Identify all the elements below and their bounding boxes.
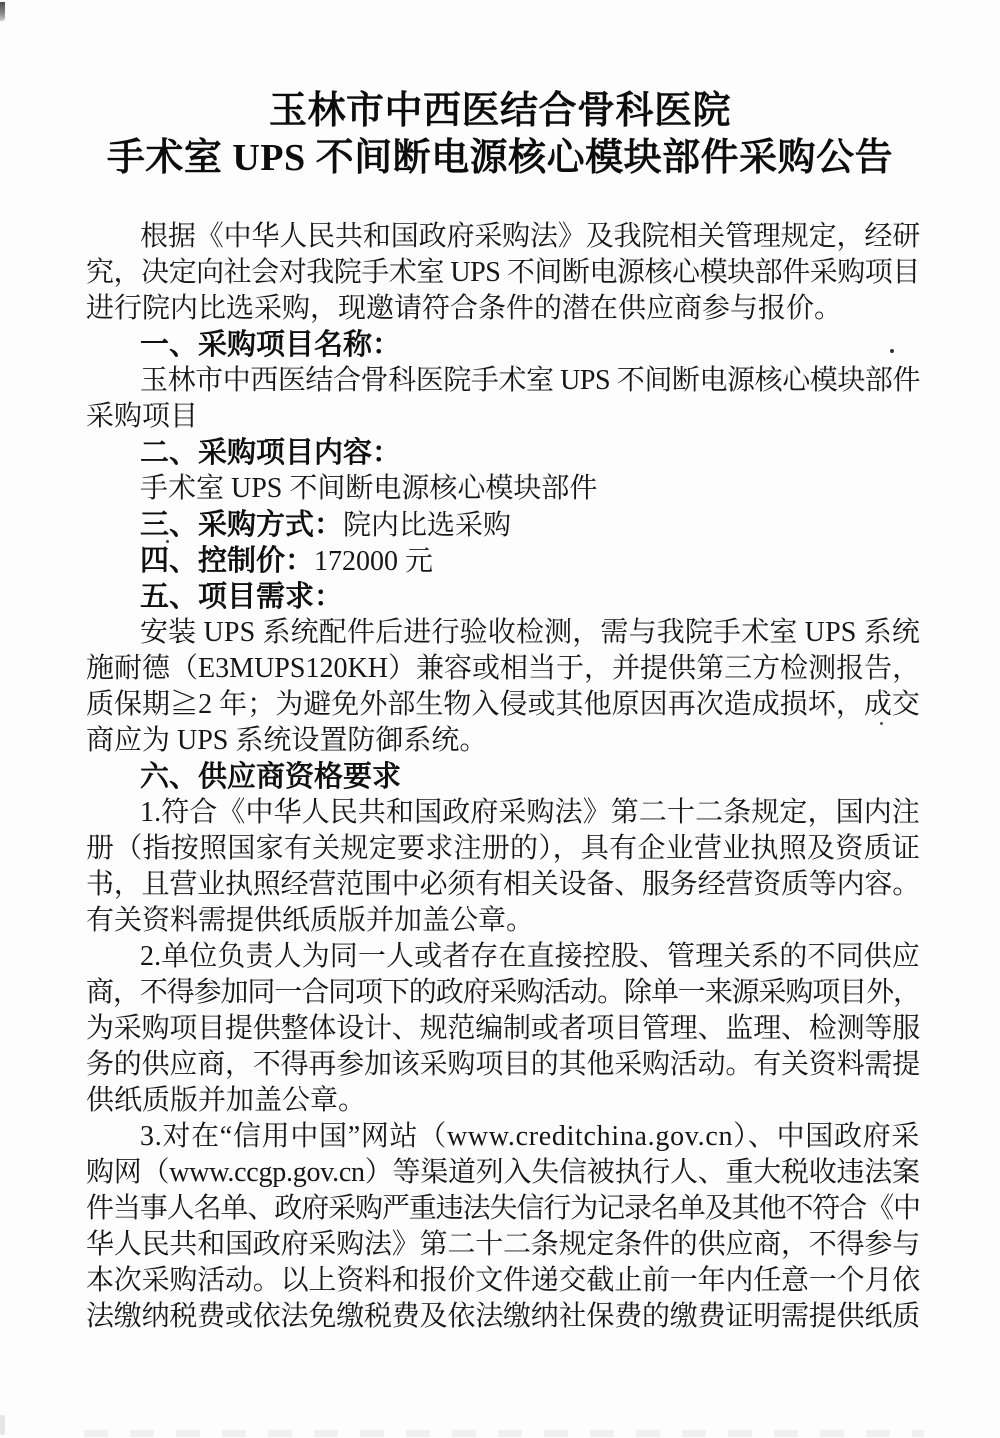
document-line: 施耐德（E3MUPS120KH）兼容或相当于，并提供第三方检测报告， xyxy=(86,651,920,687)
document-line: 有关资料需提供纸质版并加盖公章。 xyxy=(86,903,920,939)
document-line: 根据《中华人民共和国政府采购法》及我院相关管理规定，经研 xyxy=(86,219,920,255)
body-text: 质保期≧2 年；为避免外部生物入侵或其他原因再次造成损坏，成交 xyxy=(86,689,920,720)
document-line: 安装 UPS 系统配件后进行验收检测，需与我院手术室 UPS 系统 xyxy=(86,615,920,651)
document-line: 三、采购方式：院内比选采购 xyxy=(86,507,920,543)
section-heading-text: 一、采购项目名称： xyxy=(140,329,401,361)
body-text: 3.对在“信用中国”网站（www.creditchina.gov.cn）、中国政… xyxy=(140,1121,920,1152)
body-text: 安装 UPS 系统配件后进行验收检测，需与我院手术室 UPS 系统 xyxy=(140,617,920,648)
document-line: 务的供应商，不得再参加该采购项目的其他采购活动。有关资料需提 xyxy=(86,1047,920,1083)
body-text: 1.符合《中华人民共和国政府采购法》第二十二条规定，国内注 xyxy=(140,797,920,828)
title-line-1: 玉林市中西医结合骨科医院 xyxy=(0,88,1000,135)
body-text: 究，决定向社会对我院手术室 UPS 不间断电源核心模块部件采购项目 xyxy=(86,257,920,288)
body-text: 手术室 UPS 不间断电源核心模块部件 xyxy=(140,473,597,504)
body-text: 件当事人名单、政府采购严重违法失信行为记录名单及其他不符合《中 xyxy=(86,1193,920,1224)
document-line: 购网（www.ccgp.gov.cn）等渠道列入失信被执行人、重大税收违法案 xyxy=(86,1155,920,1191)
section-heading-text: 五、项目需求： xyxy=(140,581,343,613)
document-line: 四、控制价：172000 元 xyxy=(86,543,920,579)
body-text: 购网（www.ccgp.gov.cn）等渠道列入失信被执行人、重大税收违法案 xyxy=(86,1157,920,1188)
scan-artifact-bottom-left-corner xyxy=(0,1415,5,1435)
document-line: 质保期≧2 年；为避免外部生物入侵或其他原因再次造成损坏，成交 xyxy=(86,687,920,723)
document-line: 书，且营业执照经营范围中必须有相关设备、服务经营资质等内容。 xyxy=(86,867,920,903)
body-text: 采购项目 xyxy=(86,401,198,432)
document-line: 二、采购项目内容： xyxy=(86,435,920,471)
body-text: 法缴纳税费或依法免缴税费及依法缴纳社保费的缴费证明需提供纸质 xyxy=(86,1301,920,1332)
document-line: 究，决定向社会对我院手术室 UPS 不间断电源核心模块部件采购项目 xyxy=(86,255,920,291)
body-text: 册（指按照国家有关规定要求注册的），具有企业营业执照及资质证 xyxy=(86,833,920,864)
document-line: 3.对在“信用中国”网站（www.creditchina.gov.cn）、中国政… xyxy=(86,1119,920,1155)
document-body: 根据《中华人民共和国政府采购法》及我院相关管理规定，经研究，决定向社会对我院手术… xyxy=(86,219,920,1335)
body-text: 书，且营业执照经营范围中必须有相关设备、服务经营资质等内容。 xyxy=(86,869,920,900)
document-line: 商应为 UPS 系统设置防御系统。 xyxy=(86,723,920,759)
document-line: 为采购项目提供整体设计、规范编制或者项目管理、监理、检测等服 xyxy=(86,1011,920,1047)
document-line: 一、采购项目名称： xyxy=(86,327,920,363)
body-text: 供纸质版并加盖公章。 xyxy=(86,1085,366,1116)
body-text: 进行院内比选采购，现邀请符合条件的潜在供应商参与报价。 xyxy=(86,293,842,324)
body-text: 为采购项目提供整体设计、规范编制或者项目管理、监理、检测等服 xyxy=(86,1013,920,1044)
scanned-document-page: 玉林市中西医结合骨科医院 手术室 UPS 不间断电源核心模块部件采购公告 根据《… xyxy=(0,0,1000,1438)
document-line: 玉林市中西医结合骨科医院手术室 UPS 不间断电源核心模块部件 xyxy=(86,363,920,399)
body-text: 2.单位负责人为同一人或者存在直接控股、管理关系的不同供应 xyxy=(140,941,920,972)
body-text: 华人民共和国政府采购法》第二十二条规定条件的供应商，不得参与 xyxy=(86,1229,920,1260)
body-text: 商，不得参加同一合同项下的政府采购活动。除单一来源采购项目外， xyxy=(86,977,920,1008)
document-line: 商，不得参加同一合同项下的政府采购活动。除单一来源采购项目外， xyxy=(86,975,920,1011)
document-line: 手术室 UPS 不间断电源核心模块部件 xyxy=(86,471,920,507)
scan-artifact-ghost-text-line xyxy=(84,1430,924,1437)
document-line: 华人民共和国政府采购法》第二十二条规定条件的供应商，不得参与 xyxy=(86,1227,920,1263)
document-line: 六、供应商资格要求 xyxy=(86,759,920,795)
body-text: 院内比选采购 xyxy=(343,510,511,541)
title-line-2: 手术室 UPS 不间断电源核心模块部件采购公告 xyxy=(0,135,1000,182)
document-line: 五、项目需求： xyxy=(86,579,920,615)
body-text: 根据《中华人民共和国政府采购法》及我院相关管理规定，经研 xyxy=(140,221,920,252)
document-line: 2.单位负责人为同一人或者存在直接控股、管理关系的不同供应 xyxy=(86,939,920,975)
body-text: 施耐德（E3MUPS120KH）兼容或相当于，并提供第三方检测报告， xyxy=(86,653,920,684)
section-heading-text: 三、采购方式： xyxy=(140,509,343,541)
document-line: 1.符合《中华人民共和国政府采购法》第二十二条规定，国内注 xyxy=(86,795,920,831)
document-line: 供纸质版并加盖公章。 xyxy=(86,1083,920,1119)
body-text: 有关资料需提供纸质版并加盖公章。 xyxy=(86,905,534,936)
section-heading-text: 六、供应商资格要求 xyxy=(140,761,401,793)
document-title: 玉林市中西医结合骨科医院 手术室 UPS 不间断电源核心模块部件采购公告 xyxy=(0,88,1000,182)
body-text: 务的供应商，不得再参加该采购项目的其他采购活动。有关资料需提 xyxy=(86,1049,920,1080)
document-line: 法缴纳税费或依法免缴税费及依法缴纳社保费的缴费证明需提供纸质 xyxy=(86,1299,920,1335)
scan-artifact-top-left-corner xyxy=(0,2,5,21)
document-line: 册（指按照国家有关规定要求注册的），具有企业营业执照及资质证 xyxy=(86,831,920,867)
body-text: 本次采购活动。以上资料和报价文件递交截止前一年内任意一个月依 xyxy=(86,1265,920,1296)
body-text: 商应为 UPS 系统设置防御系统。 xyxy=(86,725,487,756)
section-heading-text: 四、控制价： xyxy=(140,545,314,577)
body-text: 172000 元 xyxy=(314,546,433,577)
section-heading-text: 二、采购项目内容： xyxy=(140,437,401,469)
document-line: 本次采购活动。以上资料和报价文件递交截止前一年内任意一个月依 xyxy=(86,1263,920,1299)
document-line: 件当事人名单、政府采购严重违法失信行为记录名单及其他不符合《中 xyxy=(86,1191,920,1227)
body-text: 玉林市中西医结合骨科医院手术室 UPS 不间断电源核心模块部件 xyxy=(140,365,920,396)
document-line: 进行院内比选采购，现邀请符合条件的潜在供应商参与报价。 xyxy=(86,291,920,327)
document-line: 采购项目 xyxy=(86,399,920,435)
